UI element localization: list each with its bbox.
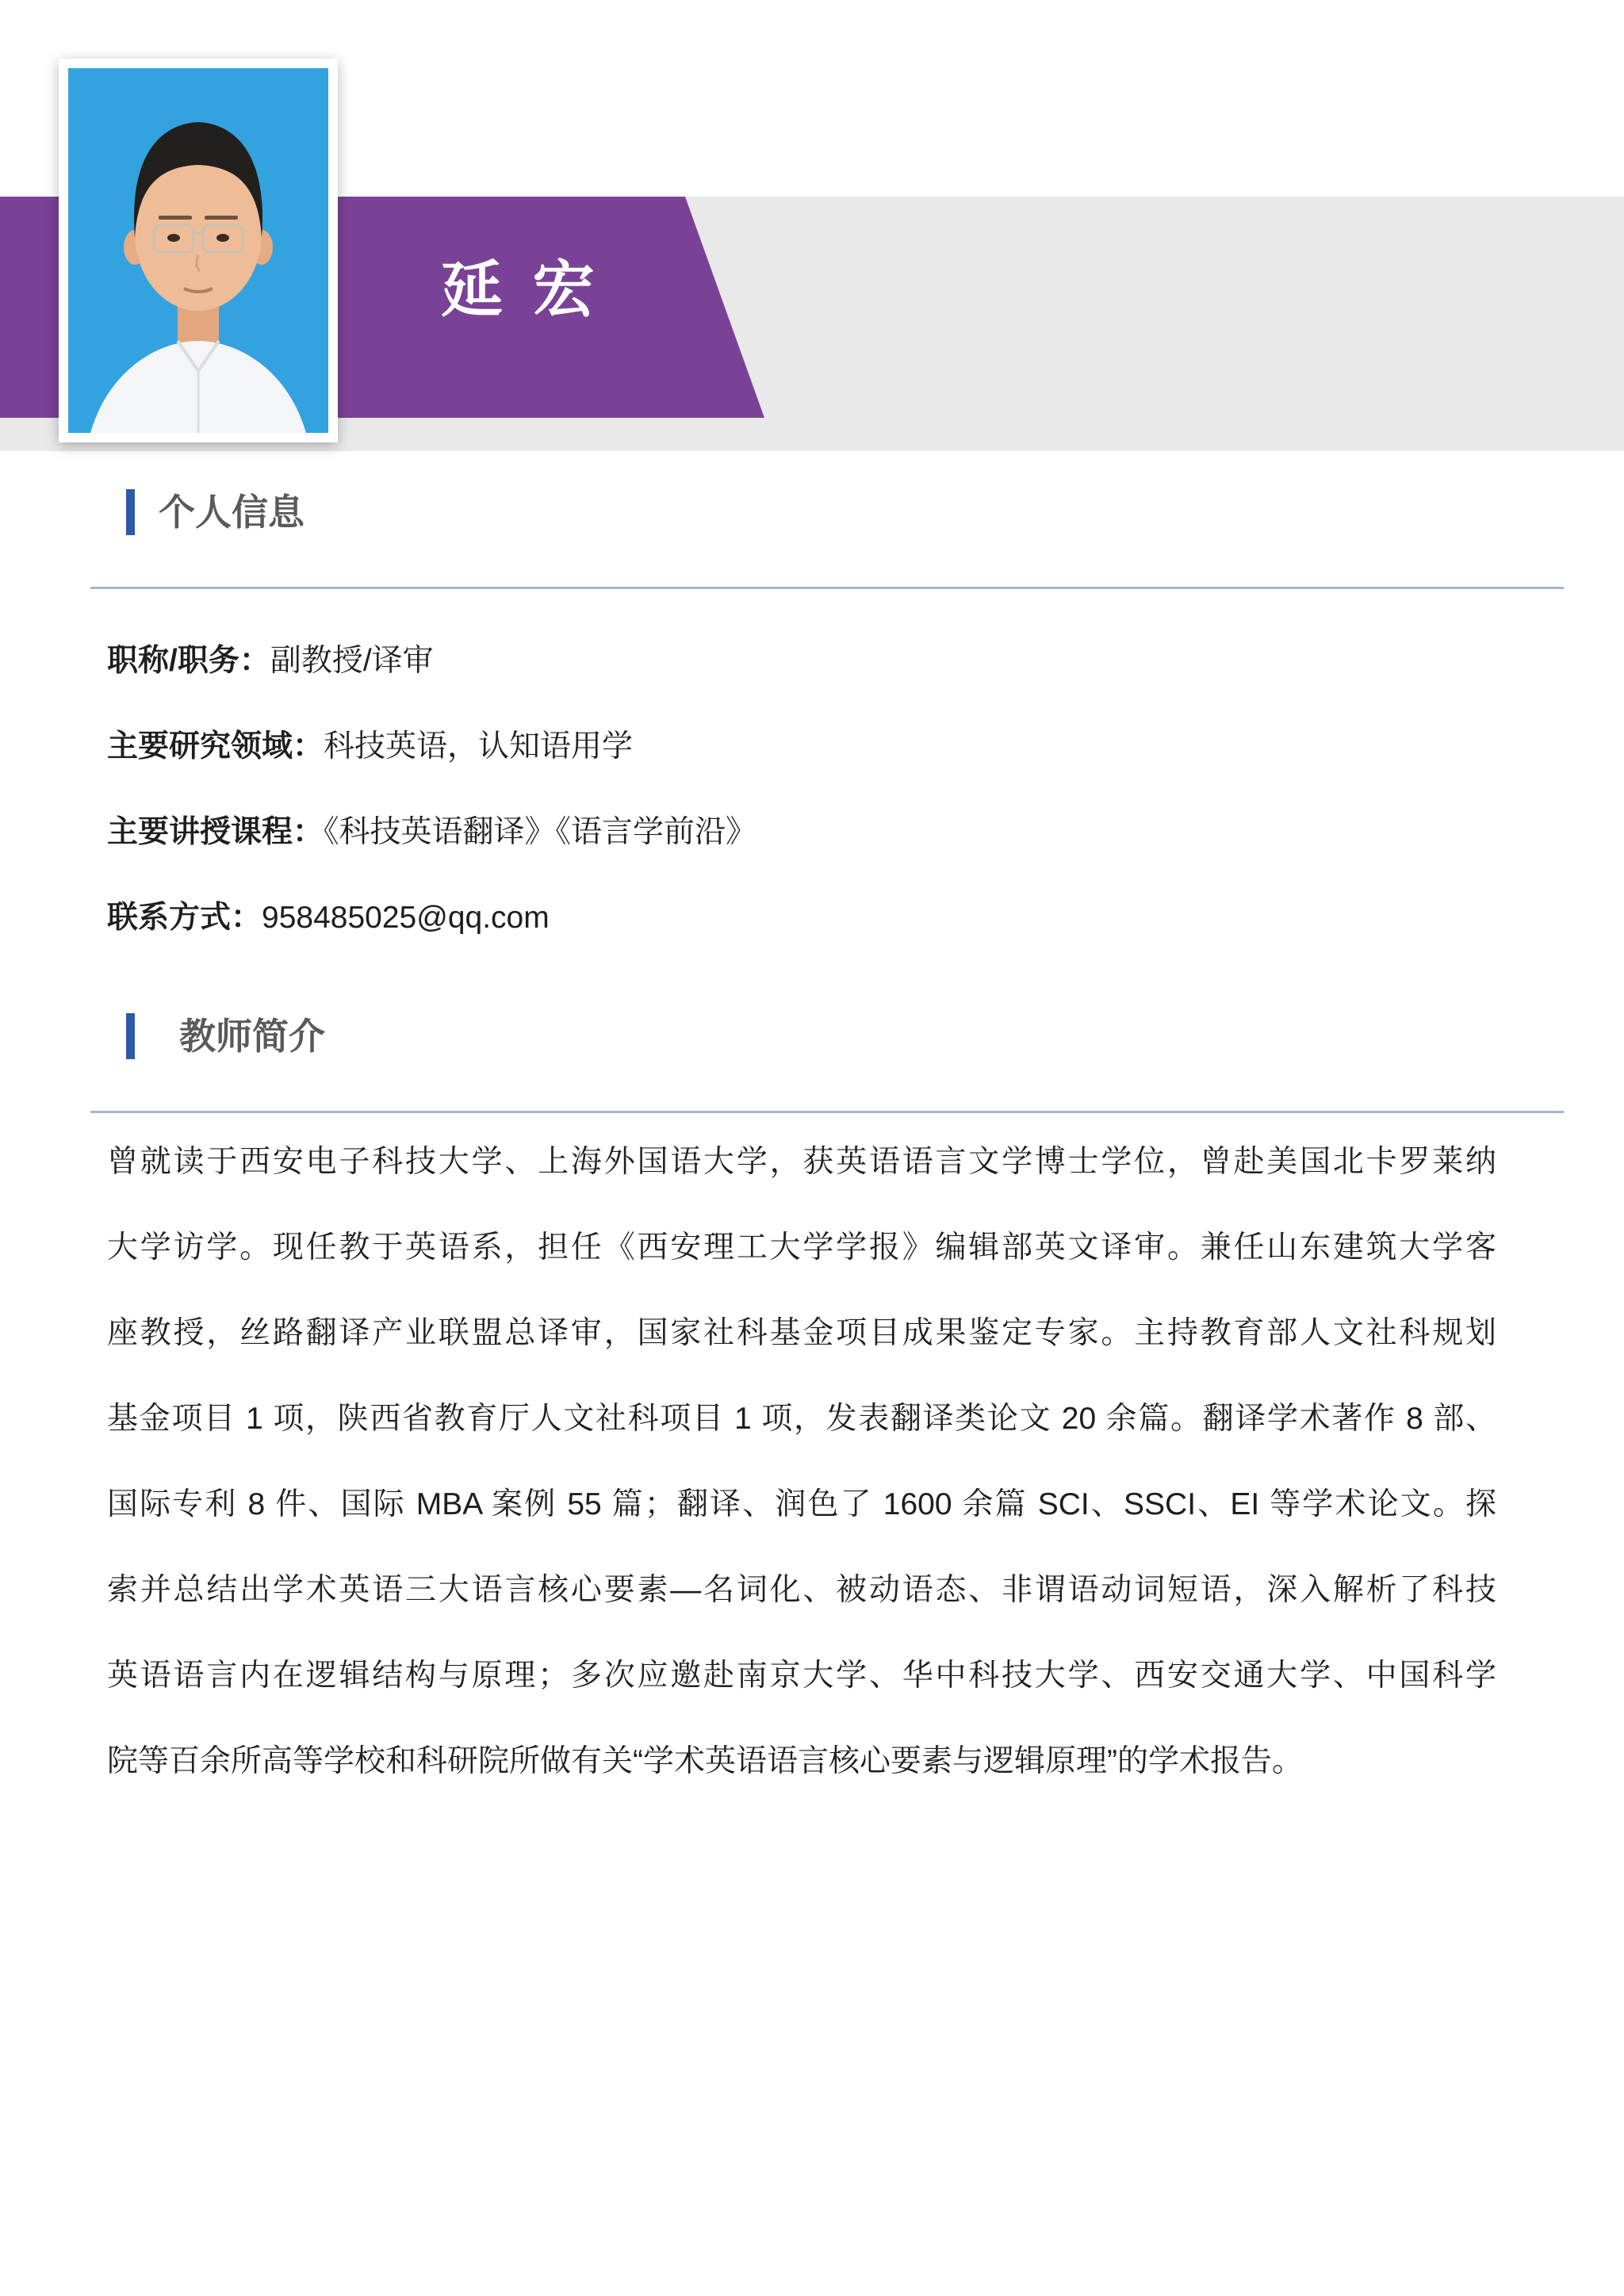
info-field-row: 主要讲授课程：《科技英语翻译》《语言学前沿》 (107, 813, 756, 851)
info-field-row: 职称/职务：副教授/译审 (107, 642, 434, 680)
info-field-value: 副教授/译审 (270, 644, 434, 678)
bio-line: 座教授，丝路翻译产业联盟总译审，国家社科基金项目成果鉴定专家。主持教育部人文社科… (107, 1291, 1496, 1376)
bio-line: 院等百余所高等学校和科研院所做有关“学术英语语言核心要素与逻辑原理”的学术报告。 (107, 1719, 1496, 1804)
info-field-row: 主要研究领域：科技英语，认知语用学 (107, 728, 633, 766)
section-marker-bar (126, 1013, 135, 1059)
info-field-label: 职称/职务： (107, 644, 270, 678)
bio-line: 英语语言内在逻辑结构与原理；多次应邀赴南京大学、华中科技大学、西安交通大学、中国… (107, 1633, 1496, 1719)
info-field-label: 主要讲授课程： (107, 815, 324, 849)
email-text: 958485025@qq.com (262, 901, 550, 935)
portrait-photo-icon (68, 68, 328, 433)
section-title-personal-info: 个人信息 (159, 489, 304, 535)
info-field-row: 联系方式：958485025@qq.com (107, 899, 550, 937)
bio-line: 大学访学。现任教于英语系，担任《西安理工大学学报》编辑部英文译审。兼任山东建筑大… (107, 1205, 1496, 1291)
bio-line: 国际专利 8 件、国际 MBA 案例 55 篇；翻译、润色了 1600 余篇 S… (107, 1462, 1496, 1548)
info-field-value: 《科技英语翻译》《语言学前沿》 (324, 815, 756, 849)
section-marker-bar (126, 489, 135, 535)
section-title-bio: 教师简介 (179, 1013, 325, 1059)
bio-paragraph: 曾就读于西安电子科技大学、上海外国语大学，获英语语言文学博士学位，曾赴美国北卡罗… (107, 1119, 1496, 1804)
bio-line: 曾就读于西安电子科技大学、上海外国语大学，获英语语言文学博士学位，曾赴美国北卡罗… (107, 1119, 1496, 1205)
page-title-name: 延 宏 (441, 258, 601, 320)
divider-line (90, 587, 1564, 589)
info-field-value: 科技英语，认知语用学 (324, 729, 633, 763)
page-canvas: 延 宏 (0, 0, 1624, 2296)
bio-line: 索并总结出学术英语三大语言核心要素—名词化、被动语态、非谓语动词短语，深入解析了… (107, 1548, 1496, 1633)
bio-line: 基金项目 1 项，陕西省教育厅人文社科项目 1 项，发表翻译类论文 20 余篇。… (107, 1376, 1496, 1462)
divider-line (90, 1111, 1564, 1113)
portrait-photo (59, 59, 338, 442)
info-field-label: 联系方式： (107, 901, 262, 935)
info-field-label: 主要研究领域： (107, 729, 324, 763)
